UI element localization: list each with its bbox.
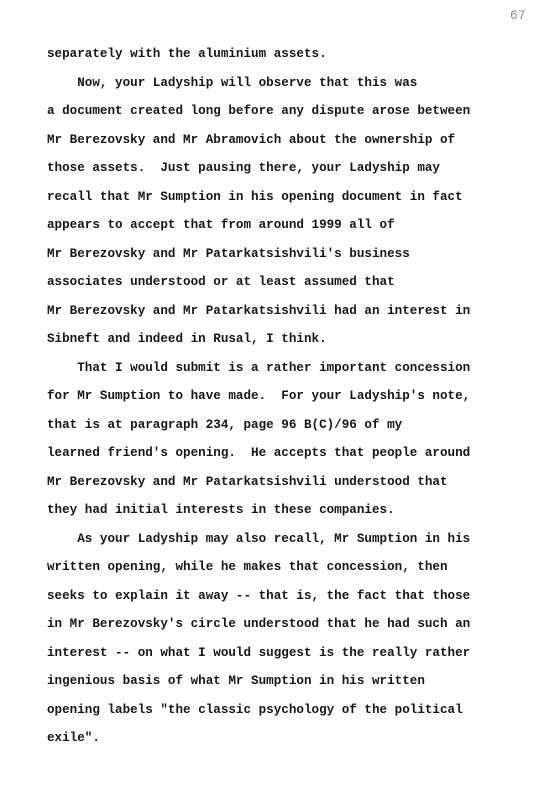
transcript-line: those assets. Just pausing there, your L… — [47, 154, 527, 183]
transcript-line: recall that Mr Sumption in his opening d… — [47, 183, 527, 212]
transcript-line: learned friend's opening. He accepts tha… — [47, 439, 527, 468]
transcript-page: 67 separately with the aluminium assets.… — [0, 0, 558, 789]
transcript-line: separately with the aluminium assets. — [47, 40, 527, 69]
transcript-line: they had initial interests in these comp… — [47, 496, 527, 525]
transcript-line: Mr Berezovsky and Mr Patarkatsishvili un… — [47, 468, 527, 497]
transcript-line: seeks to explain it away -- that is, the… — [47, 582, 527, 611]
transcript-line: As your Ladyship may also recall, Mr Sum… — [47, 525, 527, 554]
transcript-line: in Mr Berezovsky's circle understood tha… — [47, 610, 527, 639]
transcript-line: a document created long before any dispu… — [47, 97, 527, 126]
transcript-line: ingenious basis of what Mr Sumption in h… — [47, 667, 527, 696]
transcript-line: Mr Berezovsky and Mr Patarkatsishvili ha… — [47, 297, 527, 326]
transcript-line: written opening, while he makes that con… — [47, 553, 527, 582]
transcript-line: appears to accept that from around 1999 … — [47, 211, 527, 240]
transcript-line: that is at paragraph 234, page 96 B(C)/9… — [47, 411, 527, 440]
transcript-text-block: separately with the aluminium assets. No… — [47, 40, 527, 753]
transcript-line: Mr Berezovsky and Mr Patarkatsishvili's … — [47, 240, 527, 269]
transcript-line: exile". — [47, 724, 527, 753]
transcript-line: That I would submit is a rather importan… — [47, 354, 527, 383]
transcript-line: Sibneft and indeed in Rusal, I think. — [47, 325, 527, 354]
transcript-line: for Mr Sumption to have made. For your L… — [47, 382, 527, 411]
transcript-line: interest -- on what I would suggest is t… — [47, 639, 527, 668]
page-number: 67 — [510, 9, 526, 23]
transcript-line: associates understood or at least assume… — [47, 268, 527, 297]
transcript-line: Now, your Ladyship will observe that thi… — [47, 69, 527, 98]
transcript-line: Mr Berezovsky and Mr Abramovich about th… — [47, 126, 527, 155]
transcript-line: opening labels "the classic psychology o… — [47, 696, 527, 725]
